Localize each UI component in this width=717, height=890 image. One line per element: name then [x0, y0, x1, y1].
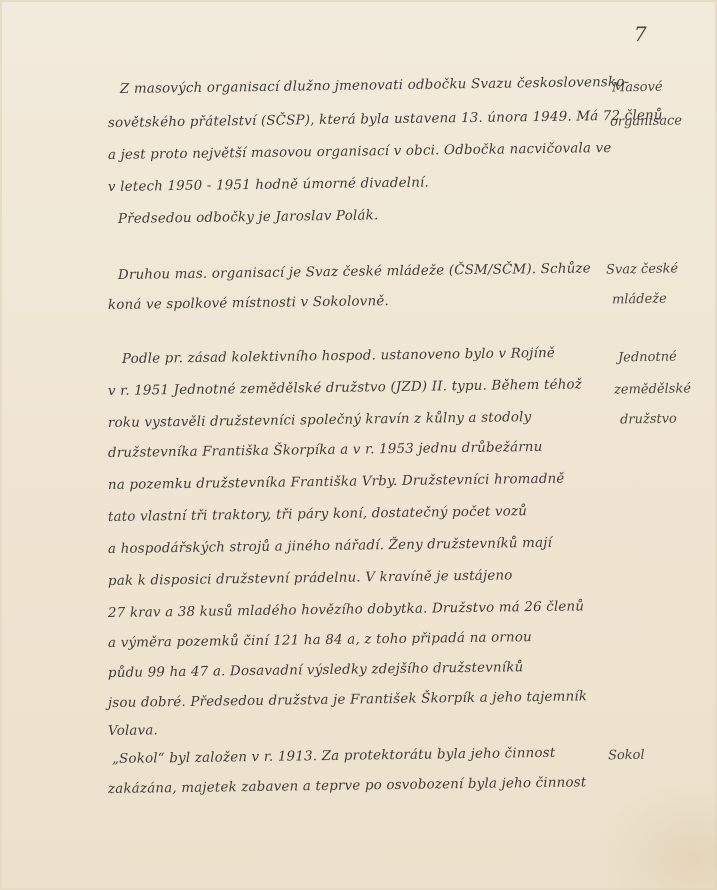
- text-line: sovětského přátelství (SČSP), která byla…: [108, 108, 663, 131]
- text-line: 27 krav a 38 kusů mladého hovězího dobyt…: [108, 599, 584, 621]
- text-line: Podle pr. zásad kolektivního hospod. ust…: [122, 346, 555, 367]
- text-line: Volava.: [108, 723, 158, 739]
- text-line: koná ve spolkové místnosti v Sokolovně.: [108, 294, 389, 313]
- text-line: „Sokol“ byl založen v r. 1913. Za protek…: [112, 746, 556, 767]
- text-line: Z masových organisací dlužno jmenovati o…: [120, 75, 629, 97]
- text-line: a výměra pozemků činí 121 ha 84 a, z toh…: [108, 630, 532, 651]
- text-line: jsou dobré. Předsedou družstva je Franti…: [108, 689, 587, 711]
- text-line: na pozemku družstevníka Františka Vrby. …: [108, 472, 565, 493]
- text-line: pak k disposici družstevní prádelnu. V k…: [108, 568, 513, 589]
- text-line: půdu 99 ha 47 a. Dosavadní výsledky zdej…: [108, 660, 524, 681]
- text-line: Druhou mas. organisací je Svaz české mlá…: [118, 261, 591, 283]
- chronicle-page: 7 Masové organisace Svaz české mládeže J…: [0, 0, 717, 890]
- text-line: zakázána, majetek zabaven a teprve po os…: [108, 775, 587, 797]
- text-line: družstevníka Františka Škorpíka a v r. 1…: [108, 440, 543, 461]
- margin-note-unified: Jednotné: [618, 349, 677, 365]
- paper-stain: [597, 780, 717, 890]
- text-line: Předsedou odbočky je Jaroslav Polák.: [118, 208, 379, 227]
- margin-note-youth-union: Svaz české: [606, 261, 678, 277]
- text-line: v r. 1951 Jednotné zemědělské družstvo (…: [108, 377, 582, 399]
- text-line: a hospodářských strojů a jiného nářadí. …: [108, 536, 552, 557]
- margin-note-cooperative: družstvo: [620, 412, 677, 428]
- text-line: v letech 1950 - 1951 hodně úmorné divade…: [108, 176, 429, 195]
- margin-note-sokol: Sokol: [608, 748, 645, 764]
- text-line: a jest proto největší masovou organisací…: [108, 141, 612, 163]
- text-line: roku vystavěli družstevníci společný kra…: [108, 410, 532, 431]
- text-line: tato vlastní tři traktory, tři páry koní…: [108, 504, 527, 525]
- page-number: 7: [634, 22, 647, 46]
- margin-note-youth: mládeže: [612, 292, 667, 308]
- margin-note-agricultural: zemědělské: [614, 381, 691, 397]
